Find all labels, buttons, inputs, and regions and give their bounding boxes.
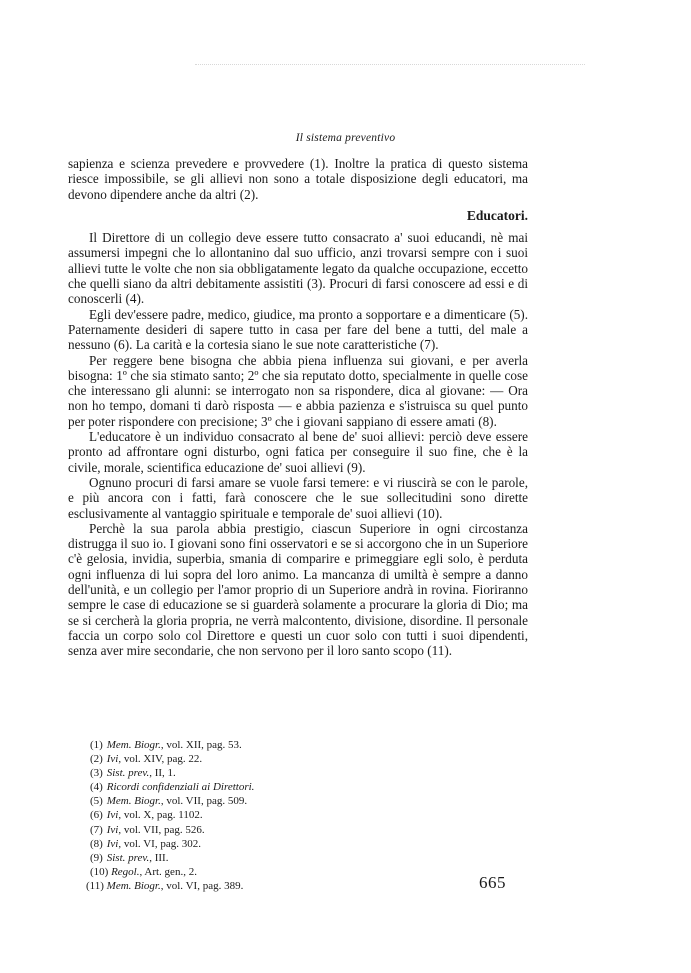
paragraph: L'educatore è un individuo consacrato al… [68,429,528,475]
footnote-source: Ricordi confidenziali ai Direttori. [107,781,255,793]
footnote-number: (11) [86,879,104,893]
footnote-ref: , vol. XIV, pag. 22. [118,753,202,765]
footnote-number: (1) [90,738,104,752]
section-title: Educatori. [68,208,528,223]
footnote-source: Ivi [107,809,119,821]
running-head: Il sistema preventivo [0,132,691,144]
paragraph: Egli dev'essere padre, medico, giudice, … [68,307,528,353]
footnote-ref: , vol. VI, pag. 302. [118,838,201,850]
footnote-ref: , II, 1. [149,767,176,779]
paragraph: Il Direttore di un collegio deve essere … [68,230,528,306]
footnote: (7) Ivi, vol. VII, pag. 526. [90,823,254,837]
page-body: sapienza e scienza prevedere e provveder… [68,156,528,659]
footnote-number: (7) [90,823,104,837]
footnote-number: (8) [90,837,104,851]
footnote-number: (10) [90,865,108,879]
footnotes: (1) Mem. Biogr., vol. XII, pag. 53. (2) … [90,738,254,893]
footnote: (11) Mem. Biogr., vol. VI, pag. 389. [86,879,254,893]
footnote: (8) Ivi, vol. VI, pag. 302. [90,837,254,851]
footnote-ref: , III. [149,852,168,864]
paragraph: Per reggere bene bisogna che abbia piena… [68,353,528,429]
footnote: (6) Ivi, vol. X, pag. 1102. [90,808,254,822]
footnote-source: Regol. [111,866,139,878]
footnote-ref: , Art. gen., 2. [140,866,197,878]
paragraph: Ognuno procuri di farsi amare se vuole f… [68,475,528,521]
paragraph: sapienza e scienza prevedere e provveder… [68,156,528,202]
footnote-number: (2) [90,752,104,766]
footnote-number: (9) [90,851,104,865]
footnote-ref: , vol. XII, pag. 53. [161,739,242,751]
footnote: (5) Mem. Biogr., vol. VII, pag. 509. [90,794,254,808]
footnote-number: (4) [90,780,104,794]
footnote-ref: , vol. VII, pag. 509. [161,795,247,807]
footnote: (9) Sist. prev., III. [90,851,254,865]
scan-artifact [195,64,585,67]
footnote-number: (5) [90,794,104,808]
footnote: (3) Sist. prev., II, 1. [90,766,254,780]
footnote: (1) Mem. Biogr., vol. XII, pag. 53. [90,738,254,752]
paragraph: Perchè la sua parola abbia prestigio, ci… [68,521,528,659]
footnote: (2) Ivi, vol. XIV, pag. 22. [90,752,254,766]
page-number: 665 [479,873,506,893]
footnote-ref: , vol. VII, pag. 526. [118,824,204,836]
footnote-source: Sist. prev. [107,852,149,864]
footnote-source: Ivi [107,838,119,850]
footnote-number: (6) [90,808,104,822]
footnote-source: Sist. prev. [107,767,149,779]
footnote-source: Ivi [107,753,119,765]
footnote-ref: , vol. VI, pag. 389. [161,880,244,892]
footnote-source: Mem. Biogr. [107,795,161,807]
footnote: (4) Ricordi confidenziali ai Direttori. [90,780,254,794]
footnote-source: Mem. Biogr. [107,880,161,892]
footnote-ref: , vol. X, pag. 1102. [118,809,202,821]
footnote-source: Ivi [107,824,119,836]
footnote: (10) Regol., Art. gen., 2. [90,865,254,879]
footnote-number: (3) [90,766,104,780]
footnote-source: Mem. Biogr. [107,739,161,751]
